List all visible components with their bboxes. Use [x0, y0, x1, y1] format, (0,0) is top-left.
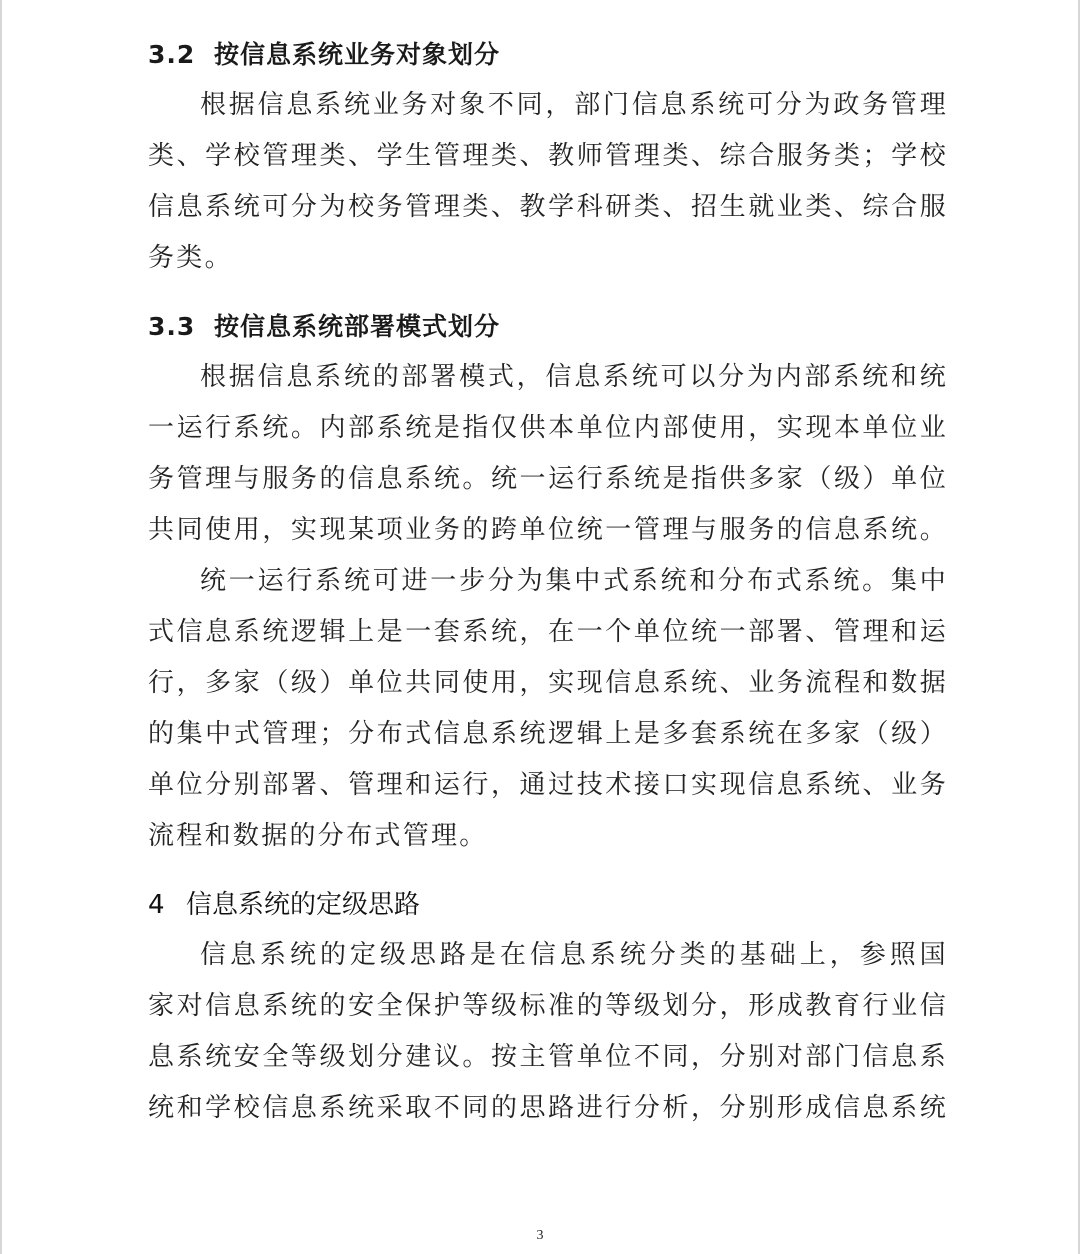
paragraph: 根据信息系统业务对象不同，部门信息系统可分为政务管理 类、学校管理类、学生管理类… [148, 80, 948, 284]
page-edge-left [0, 0, 2, 1254]
text-line: 统一运行系统可进一步分为集中式系统和分布式系统。集中 [148, 556, 948, 607]
text-line: 务类。 [148, 233, 948, 284]
section-heading-3-3: 3.3按信息系统部署模式划分 [148, 302, 948, 352]
text-line: 类、学校管理类、学生管理类、教师管理类、综合服务类；学校 [148, 131, 948, 182]
text-line: 式信息系统逻辑上是一套系统，在一个单位统一部署、管理和运 [148, 607, 948, 658]
section-number: 3.2 [148, 30, 214, 80]
paragraph: 统一运行系统可进一步分为集中式系统和分布式系统。集中 式信息系统逻辑上是一套系统… [148, 556, 948, 862]
document-page: 3.2按信息系统业务对象划分 根据信息系统业务对象不同，部门信息系统可分为政务管… [148, 30, 948, 1134]
text-line: 信息系统的定级思路是在信息系统分类的基础上，参照国 [148, 930, 948, 981]
text-line: 息系统安全等级划分建议。按主管单位不同，分别对部门信息系 [148, 1032, 948, 1083]
section-heading-3-2: 3.2按信息系统业务对象划分 [148, 30, 948, 80]
text-line: 家对信息系统的安全保护等级标准的等级划分，形成教育行业信 [148, 981, 948, 1032]
section-title: 信息系统的定级思路 [186, 890, 420, 920]
text-line: 共同使用，实现某项业务的跨单位统一管理与服务的信息系统。 [148, 505, 948, 556]
section-heading-4: 4信息系统的定级思路 [148, 880, 948, 930]
text-line: 的集中式管理；分布式信息系统逻辑上是多套系统在多家（级） [148, 709, 948, 760]
paragraph: 根据信息系统的部署模式，信息系统可以分为内部系统和统 一运行系统。内部系统是指仅… [148, 352, 948, 556]
section-number: 3.3 [148, 302, 214, 352]
text-line: 行，多家（级）单位共同使用，实现信息系统、业务流程和数据 [148, 658, 948, 709]
section-title: 按信息系统业务对象划分 [214, 40, 500, 69]
text-line: 流程和数据的分布式管理。 [148, 811, 948, 862]
paragraph: 信息系统的定级思路是在信息系统分类的基础上，参照国 家对信息系统的安全保护等级标… [148, 930, 948, 1134]
page-number: 3 [0, 1228, 1080, 1244]
text-line: 务管理与服务的信息系统。统一运行系统是指供多家（级）单位 [148, 454, 948, 505]
text-line: 信息系统可分为校务管理类、教学科研类、招生就业类、综合服 [148, 182, 948, 233]
text-line: 统和学校信息系统采取不同的思路进行分析，分别形成信息系统 [148, 1083, 948, 1134]
text-line: 单位分别部署、管理和运行，通过技术接口实现信息系统、业务 [148, 760, 948, 811]
section-number: 4 [148, 880, 186, 930]
section-title: 按信息系统部署模式划分 [214, 312, 500, 341]
text-line: 一运行系统。内部系统是指仅供本单位内部使用，实现本单位业 [148, 403, 948, 454]
text-line: 根据信息系统业务对象不同，部门信息系统可分为政务管理 [148, 80, 948, 131]
text-line: 根据信息系统的部署模式，信息系统可以分为内部系统和统 [148, 352, 948, 403]
